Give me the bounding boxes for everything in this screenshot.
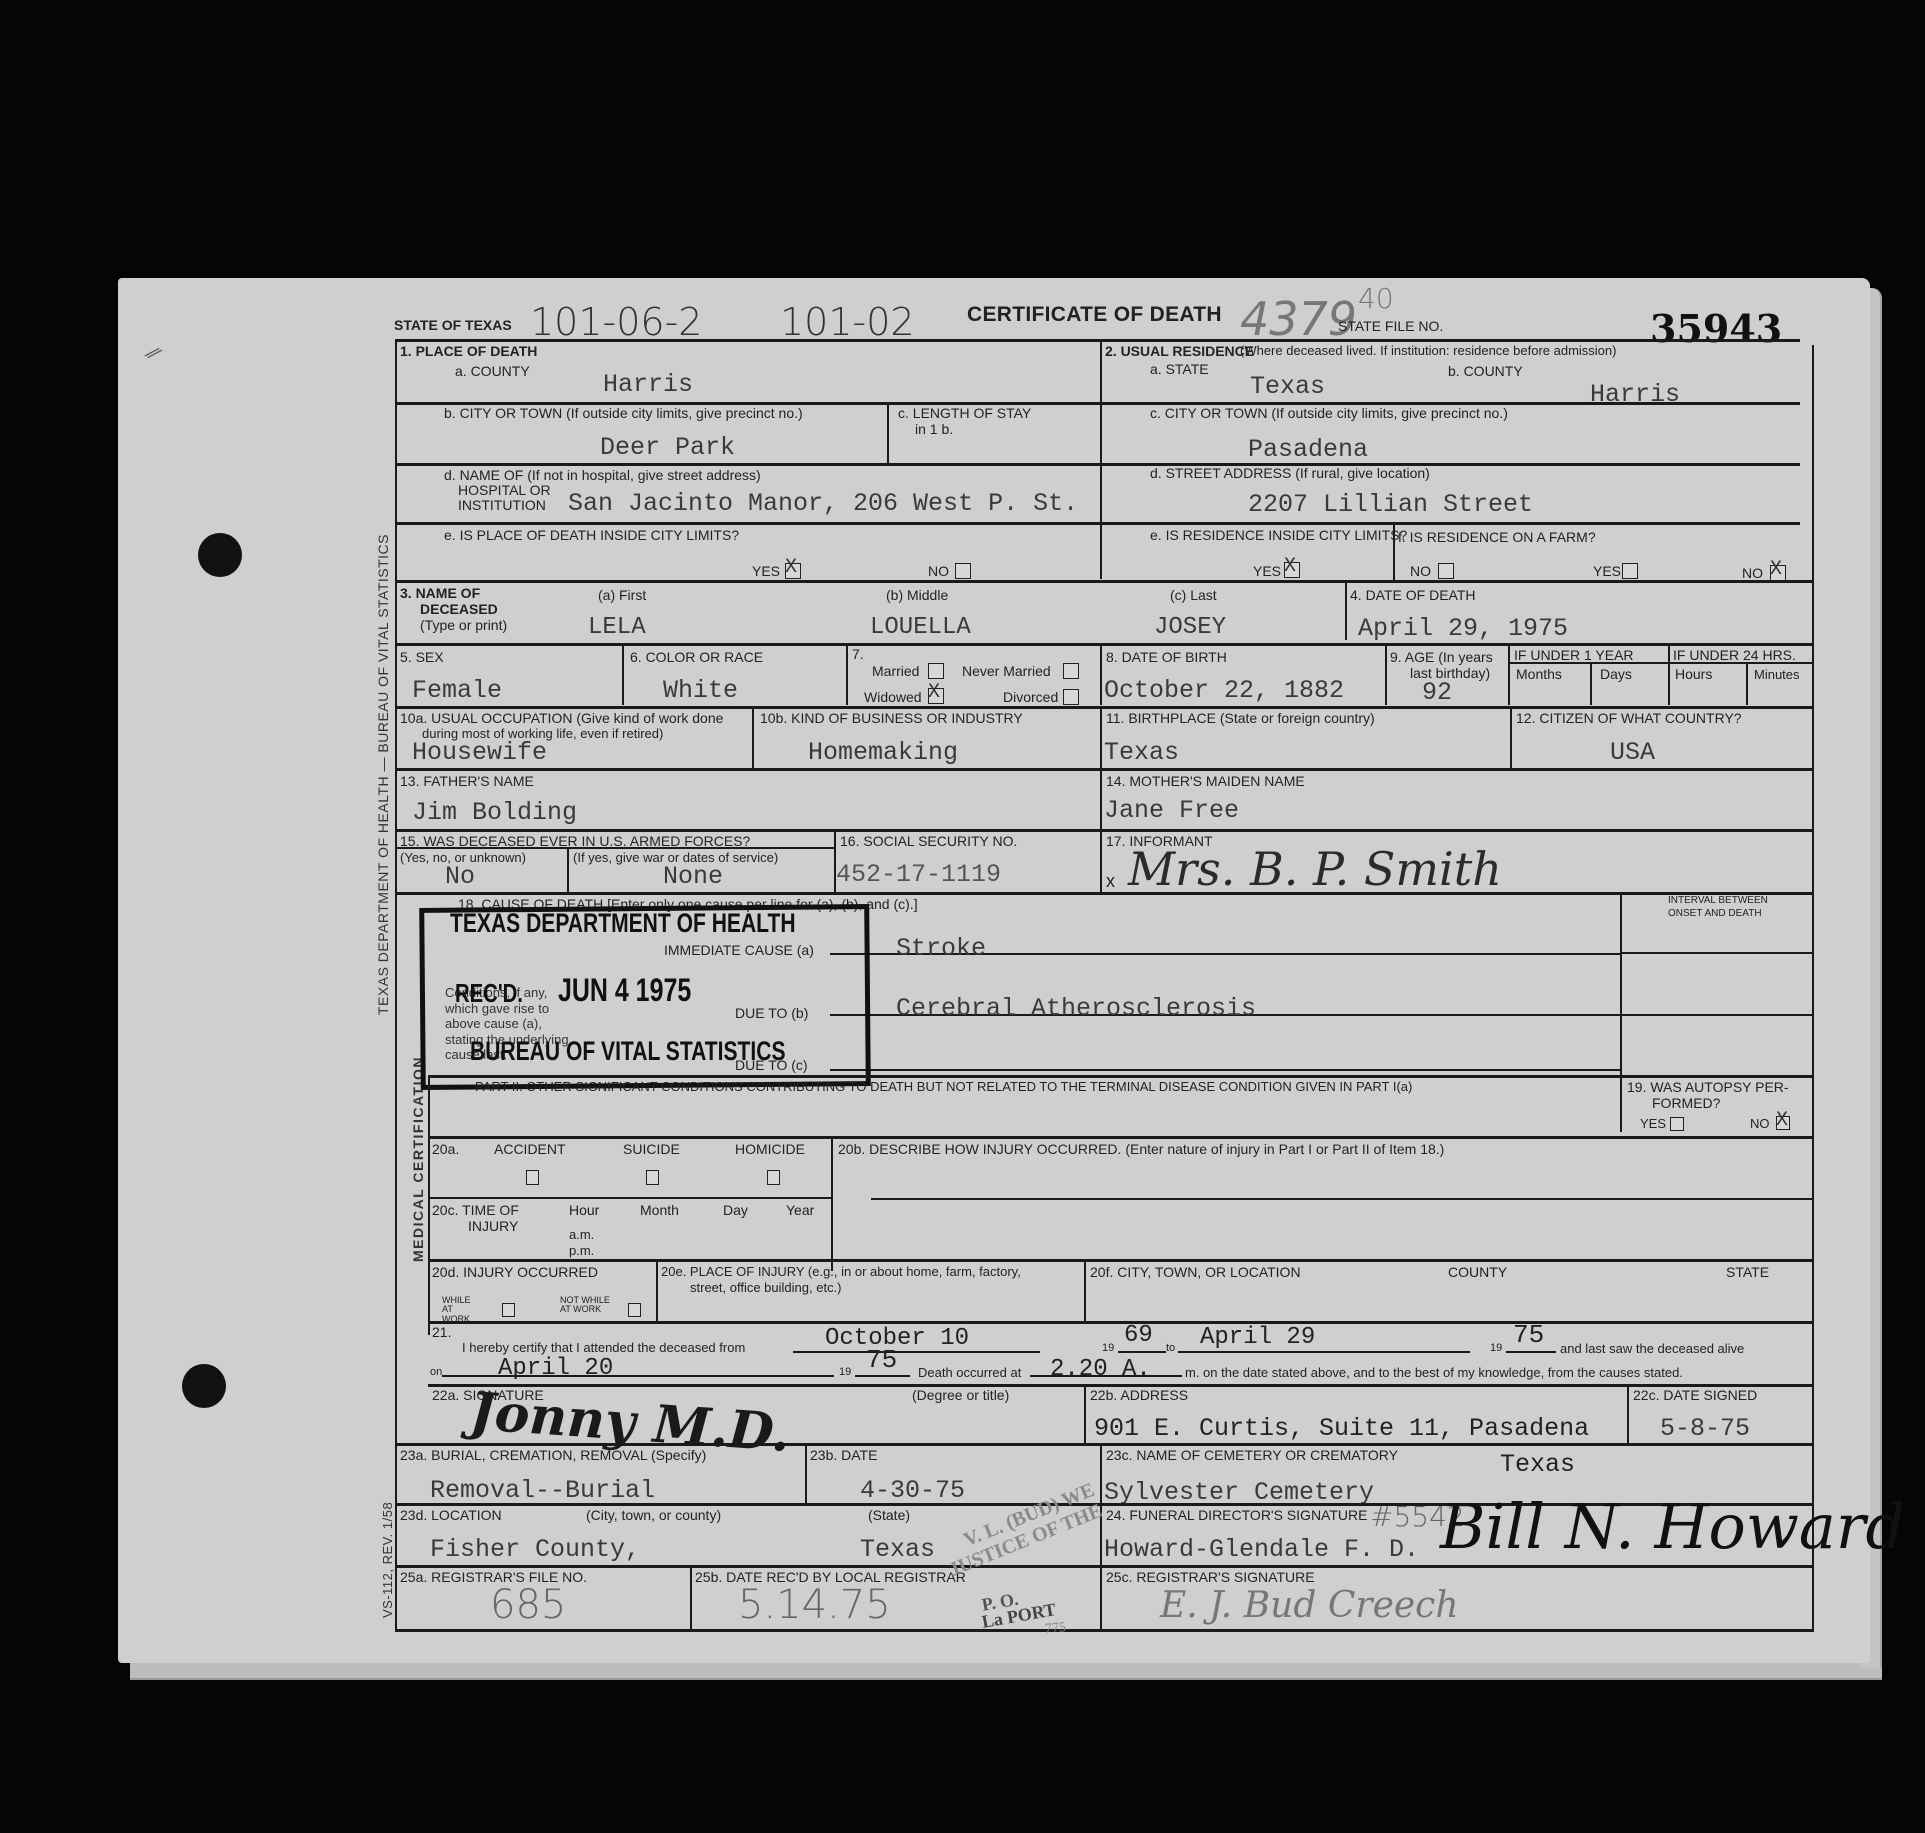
- department-side-label: TEXAS DEPARTMENT OF HEALTH — BUREAU OF V…: [375, 534, 391, 1015]
- pod-inside-no-checkbox[interactable]: [955, 563, 971, 579]
- farm-yes-checkbox[interactable]: [1622, 563, 1638, 579]
- describe-injury-label: 20b. DESCRIBE HOW INJURY OCCURRED. (Ente…: [838, 1142, 1444, 1157]
- col-divider: [831, 1136, 833, 1271]
- citizen-label: 12. CITIZEN OF WHAT COUNTRY?: [1516, 711, 1742, 726]
- dob-label: 8. DATE OF BIRTH: [1106, 650, 1227, 665]
- cert-number: 21.: [432, 1325, 451, 1340]
- pod-institution-label-2: HOSPITAL OR: [458, 483, 551, 498]
- col-divider: [1668, 643, 1670, 705]
- homicide-checkbox[interactable]: [767, 1170, 780, 1185]
- res-street-value: 2207 Lillian Street: [1248, 490, 1533, 519]
- pod-no-label: NO: [928, 564, 949, 579]
- handwritten-code-1: 101-06-2: [530, 300, 702, 344]
- name-label-3: (Type or print): [420, 618, 507, 633]
- cert-line: [855, 1375, 910, 1377]
- col-divider: [622, 643, 624, 705]
- res-street-label: d. STREET ADDRESS (If rural, give locati…: [1150, 466, 1430, 481]
- pod-county-value: Harris: [603, 370, 693, 399]
- cert-death-time: 2.20 A.: [1050, 1356, 1151, 1383]
- interval-label: INTERVAL BETWEEN: [1668, 896, 1768, 907]
- funeral-home-value: Howard-Glendale F. D.: [1104, 1535, 1419, 1564]
- race-label: 6. COLOR OR RACE: [630, 650, 763, 665]
- funeral-director-signature: Bill N. Howard: [1440, 1490, 1905, 1563]
- punch-hole-bottom: [182, 1364, 226, 1408]
- interval-label-2: ONSET AND DEATH: [1668, 909, 1762, 920]
- col-divider: [1627, 1384, 1629, 1444]
- pod-stay-sublabel: in 1 b.: [915, 422, 953, 437]
- autopsy-no-label: NO: [1750, 1117, 1770, 1131]
- jp-stamp-line-5: 775: [1044, 1620, 1066, 1638]
- cert-text-3: m. on the date stated above, and to the …: [1185, 1366, 1683, 1380]
- row-line: [395, 847, 835, 849]
- address-state-value: Texas: [1500, 1450, 1575, 1479]
- not-while-at-work-checkbox[interactable]: [628, 1303, 641, 1317]
- row-line: [395, 1565, 1812, 1568]
- pod-institution-label: d. NAME OF (If not in hospital, give str…: [444, 468, 761, 483]
- pod-institution-label-3: INSTITUTION: [458, 498, 546, 513]
- res-city-value: Pasadena: [1248, 435, 1368, 464]
- state-of-texas-label: STATE OF TEXAS: [394, 318, 512, 333]
- under-24-hrs-label: IF UNDER 24 HRS.: [1673, 648, 1796, 663]
- col-divider: [1510, 706, 1512, 769]
- punch-hole-top: [198, 533, 242, 577]
- stamp-line-3: BUREAU OF VITAL STATISTICS: [470, 1036, 786, 1067]
- days-label: Days: [1600, 667, 1632, 682]
- stamp-recd-label: REC'D.: [455, 978, 523, 1009]
- widowed-checkbox[interactable]: X: [928, 688, 944, 704]
- under-1-year-label: IF UNDER 1 YEAR: [1514, 648, 1634, 663]
- accident-label: ACCIDENT: [494, 1142, 566, 1157]
- row-line: [395, 829, 1812, 832]
- col-divider: [846, 643, 848, 705]
- father-value: Jim Bolding: [412, 798, 577, 827]
- age-value: 92: [1422, 678, 1452, 707]
- residence-section-note: (Where deceased lived. If institution: r…: [1240, 344, 1616, 358]
- autopsy-label-2: FORMED?: [1652, 1096, 1720, 1111]
- first-name-label: (a) First: [598, 588, 646, 603]
- mother-label: 14. MOTHER'S MAIDEN NAME: [1106, 774, 1305, 789]
- cert-last-seen: April 20: [498, 1355, 613, 1382]
- col-divider: [887, 402, 889, 465]
- row-line: [395, 522, 1100, 525]
- location-value: Fisher County,: [430, 1535, 640, 1564]
- form-right-border: [1812, 345, 1814, 1631]
- birthplace-value: Texas: [1104, 738, 1179, 767]
- pod-inside-limits-label: e. IS PLACE OF DEATH INSIDE CITY LIMITS?: [444, 528, 739, 543]
- last-name-value: JOSEY: [1154, 614, 1226, 641]
- row-line: [430, 1075, 1812, 1078]
- location-label: 23d. LOCATION: [400, 1508, 502, 1523]
- occupation-label: 10a. USUAL OCCUPATION (Give kind of work…: [400, 711, 723, 726]
- cert-text-1: I hereby certify that I attended the dec…: [462, 1341, 745, 1355]
- stamp-date: JUN 4 1975: [558, 972, 691, 1009]
- row-line: [395, 892, 1812, 895]
- registrar-signature: E. J. Bud Creech: [1160, 1585, 1459, 1626]
- row-line: [1508, 662, 1812, 664]
- cert-to-year-prefix: 19: [1490, 1343, 1502, 1355]
- handwritten-code-2: 101-02: [780, 300, 915, 344]
- occupation-value: Housewife: [412, 738, 547, 767]
- am-label: a.m.: [569, 1228, 594, 1242]
- col-divider: [1345, 580, 1347, 640]
- col-divider: [690, 1565, 692, 1631]
- date-of-death-label: 4. DATE OF DEATH: [1350, 588, 1476, 603]
- pod-yes-label: YES: [752, 564, 780, 579]
- pod-institution-value: San Jacinto Manor, 206 West P. St.: [568, 489, 1078, 518]
- armed-yn-value: No: [445, 862, 475, 891]
- location-state-sublabel: (State): [868, 1508, 910, 1523]
- suicide-checkbox[interactable]: [646, 1170, 659, 1185]
- informant-signature: Mrs. B. P. Smith: [1128, 842, 1502, 896]
- col-divider: [567, 847, 569, 892]
- autopsy-no-checkbox[interactable]: X: [1776, 1116, 1790, 1130]
- disposition-method-label: 23a. BURIAL, CREMATION, REMOVAL (Specify…: [400, 1448, 706, 1463]
- describe-line: [871, 1198, 1812, 1200]
- pod-county-label: a. COUNTY: [455, 364, 530, 379]
- col-divider: [1100, 706, 1102, 769]
- disposition-date-value: 4-30-75: [860, 1476, 965, 1505]
- business-value: Homemaking: [808, 738, 958, 767]
- row-line: [1100, 522, 1800, 525]
- hour-label: Hour: [569, 1203, 599, 1218]
- armed-war-value: None: [663, 862, 723, 891]
- farm-no-label: NO: [1742, 566, 1763, 581]
- time-of-injury-label-2: INJURY: [468, 1219, 518, 1234]
- cemetery-label: 23c. NAME OF CEMETERY OR CREMATORY: [1106, 1448, 1398, 1463]
- divorced-checkbox[interactable]: [1063, 689, 1079, 705]
- place-of-injury-label-2: street, office building, etc.): [690, 1281, 842, 1295]
- age-label: 9. AGE (In years: [1390, 650, 1493, 665]
- col-divider: [1084, 1384, 1086, 1444]
- time-of-injury-label: 20c. TIME OF: [432, 1203, 519, 1218]
- form-revision-label: VS-112, REV. 1/58: [380, 1502, 395, 1618]
- res-yes-label: YES: [1253, 564, 1281, 579]
- cert-text-2: and last saw the deceased alive: [1560, 1342, 1744, 1356]
- immediate-cause-value: Stroke: [896, 934, 986, 963]
- sex-label: 5. SEX: [400, 650, 444, 665]
- cert-to-date: April 29: [1200, 1324, 1315, 1351]
- pod-city-label: b. CITY OR TOWN (If outside city limits,…: [444, 406, 803, 421]
- name-label-2: DECEASED: [420, 602, 498, 617]
- res-county-label: b. COUNTY: [1448, 364, 1523, 379]
- ssn-value: 452-17-1119: [836, 860, 1001, 889]
- disposition-date-label: 23b. DATE: [810, 1448, 877, 1463]
- not-while-at-work-label: NOT WHILE AT WORK: [560, 1296, 610, 1315]
- dob-value: October 22, 1882: [1104, 676, 1344, 705]
- col-divider: [1620, 892, 1622, 1132]
- accident-checkbox[interactable]: [526, 1170, 539, 1185]
- row-line: [395, 580, 1812, 583]
- cert-to-year: 75: [1513, 1320, 1544, 1350]
- pod-inside-yes-checkbox[interactable]: X: [785, 563, 801, 579]
- col-divider: [1100, 643, 1102, 705]
- never-married-label: Never Married: [962, 664, 1051, 679]
- date-of-death-value: April 29, 1975: [1358, 614, 1568, 643]
- date-signed-value: 5-8-75: [1660, 1414, 1750, 1443]
- suicide-label: SUICIDE: [623, 1142, 680, 1157]
- registrar-file-value: 685: [490, 1582, 566, 1628]
- name-label: 3. NAME OF: [400, 586, 480, 601]
- married-label: Married: [872, 664, 919, 679]
- paper-stack-edge: [130, 1660, 1882, 1680]
- cert-to-label: to: [1166, 1343, 1175, 1355]
- cause-line-c: [830, 1069, 1620, 1071]
- col-divider: [805, 1443, 807, 1503]
- mother-value: Jane Free: [1104, 796, 1239, 825]
- date-signed-label: 22c. DATE SIGNED: [1633, 1388, 1757, 1403]
- pm-label: p.m.: [569, 1244, 594, 1258]
- cert-on-label: on: [430, 1367, 442, 1379]
- stamp-line-1: TEXAS DEPARTMENT OF HEALTH: [450, 908, 796, 939]
- marital-label: 7.: [852, 647, 864, 662]
- medical-col-divider: [428, 1075, 430, 1335]
- place-of-injury-label: 20e. PLACE OF INJURY (e.g., in or about …: [661, 1265, 1021, 1279]
- autopsy-label: 19. WAS AUTOPSY PER-: [1627, 1080, 1789, 1095]
- informant-x-mark: x: [1106, 872, 1115, 891]
- col-divider-top: [1100, 339, 1102, 579]
- cert-line: [1118, 1351, 1166, 1353]
- col-divider: [752, 706, 754, 769]
- col-divider: [1508, 643, 1510, 705]
- middle-name-value: LOUELLA: [870, 614, 971, 641]
- res-inside-no-checkbox[interactable]: [1438, 563, 1454, 579]
- citizen-value: USA: [1610, 738, 1655, 767]
- middle-name-label: (b) Middle: [886, 588, 948, 603]
- injury-a-label: 20a.: [432, 1142, 459, 1157]
- certificate-title: CERTIFICATE OF DEATH: [967, 304, 1222, 326]
- day-label: Day: [723, 1203, 748, 1218]
- row-line: [428, 1197, 831, 1199]
- first-name-value: LELA: [588, 614, 646, 641]
- state-file-number: 35943: [1650, 306, 1782, 351]
- part-2-label: PART II. OTHER SIGNIFICANT CONDITIONS CO…: [475, 1080, 1412, 1094]
- disposition-method-value: Removal--Burial: [430, 1476, 655, 1505]
- year-label: Year: [786, 1203, 814, 1218]
- row-line: [395, 1443, 1812, 1446]
- col-divider: [1393, 522, 1395, 582]
- cert-from-year-prefix: 19: [1102, 1343, 1114, 1355]
- married-checkbox[interactable]: [928, 663, 944, 679]
- funeral-director-label: 24. FUNERAL DIRECTOR'S SIGNATURE: [1106, 1508, 1367, 1523]
- minutes-label: Minutes: [1754, 668, 1800, 682]
- birthplace-label: 11. BIRTHPLACE (State or foreign country…: [1106, 711, 1375, 726]
- never-married-checkbox[interactable]: [1063, 663, 1079, 679]
- col-divider: [1590, 662, 1592, 705]
- cert-from-year: 69: [1124, 1322, 1153, 1349]
- place-of-death-section-label: 1. PLACE OF DEATH: [400, 344, 537, 359]
- divorced-label: Divorced: [1003, 690, 1058, 705]
- form-top-border: [395, 339, 1800, 342]
- date-received-value: 5.14.75: [738, 1582, 891, 1628]
- row-line: [395, 643, 1812, 646]
- injury-occurred-label: 20d. INJURY OCCURRED: [432, 1265, 598, 1280]
- address-label: 22b. ADDRESS: [1090, 1388, 1188, 1403]
- cert-line: [1178, 1351, 1470, 1353]
- form-left-border: [395, 339, 397, 1631]
- res-state-label: a. STATE: [1150, 362, 1209, 377]
- location-state-value: Texas: [860, 1535, 935, 1564]
- cert-line: [1506, 1351, 1556, 1353]
- autopsy-yes-label: YES: [1640, 1117, 1666, 1131]
- handwritten-superscript: 40: [1358, 282, 1394, 315]
- sex-value: Female: [412, 676, 502, 705]
- homicide-label: HOMICIDE: [735, 1142, 805, 1157]
- address-value: 901 E. Curtis, Suite 11, Pasadena: [1094, 1414, 1589, 1443]
- degree-label: (Degree or title): [912, 1388, 1009, 1403]
- cert-last-seen-year-prefix: 19: [839, 1367, 851, 1379]
- res-state-value: Texas: [1250, 372, 1325, 401]
- race-value: White: [663, 676, 738, 705]
- res-no-label: NO: [1410, 564, 1431, 579]
- row-line: [428, 1321, 1812, 1324]
- row-line: [395, 706, 1812, 709]
- farm-yes-label: YES: [1593, 564, 1621, 579]
- res-inside-limits-label: e. IS RESIDENCE INSIDE CITY LIMITS?: [1150, 528, 1407, 543]
- col-divider: [1385, 643, 1387, 705]
- month-label: Month: [640, 1203, 679, 1218]
- farm-no-checkbox[interactable]: X: [1770, 565, 1786, 581]
- col-divider: [1100, 1443, 1102, 1631]
- residence-section-label: 2. USUAL RESIDENCE: [1105, 344, 1254, 359]
- res-inside-yes-checkbox[interactable]: X: [1284, 562, 1300, 578]
- injury-state-label: STATE: [1726, 1265, 1769, 1280]
- hours-label: Hours: [1675, 667, 1712, 682]
- col-divider: [1084, 1259, 1086, 1322]
- ssn-label: 16. SOCIAL SECURITY NO.: [840, 834, 1017, 849]
- while-at-work-checkbox[interactable]: [502, 1303, 515, 1317]
- res-city-label: c. CITY OR TOWN (If outside city limits,…: [1150, 406, 1508, 421]
- injury-county-label: COUNTY: [1448, 1265, 1507, 1280]
- father-label: 13. FATHER'S NAME: [400, 774, 534, 789]
- res-farm-label: f. IS RESIDENCE ON A FARM?: [1398, 530, 1596, 545]
- row-line: [428, 1136, 1812, 1139]
- business-label: 10b. KIND OF BUSINESS OR INDUSTRY: [760, 711, 1023, 726]
- months-label: Months: [1516, 667, 1562, 682]
- form-bottom-border: [395, 1629, 1814, 1632]
- autopsy-yes-checkbox[interactable]: [1670, 1117, 1684, 1131]
- cert-death-occurred-label: Death occurred at: [918, 1366, 1021, 1380]
- widowed-label: Widowed: [864, 690, 922, 705]
- row-line: [395, 768, 1812, 771]
- state-file-label: STATE FILE NO.: [1338, 319, 1443, 334]
- due-to-b-value: Cerebral Atherosclerosis: [896, 994, 1256, 1023]
- pod-stay-label: c. LENGTH OF STAY: [898, 406, 1031, 421]
- location-sublabel: (City, town, or county): [586, 1508, 721, 1523]
- registrar-signature-label: 25c. REGISTRAR'S SIGNATURE: [1106, 1570, 1315, 1585]
- injury-location-label: 20f. CITY, TOWN, OR LOCATION: [1090, 1265, 1301, 1280]
- col-divider: [1746, 662, 1748, 705]
- last-name-label: (c) Last: [1170, 588, 1217, 603]
- row-line: [428, 1259, 1812, 1262]
- pod-city-value: Deer Park: [600, 433, 735, 462]
- row-line: [395, 463, 1100, 466]
- col-divider: [656, 1259, 658, 1322]
- interval-line: [1620, 952, 1812, 954]
- cert-last-seen-year: 75: [866, 1345, 897, 1375]
